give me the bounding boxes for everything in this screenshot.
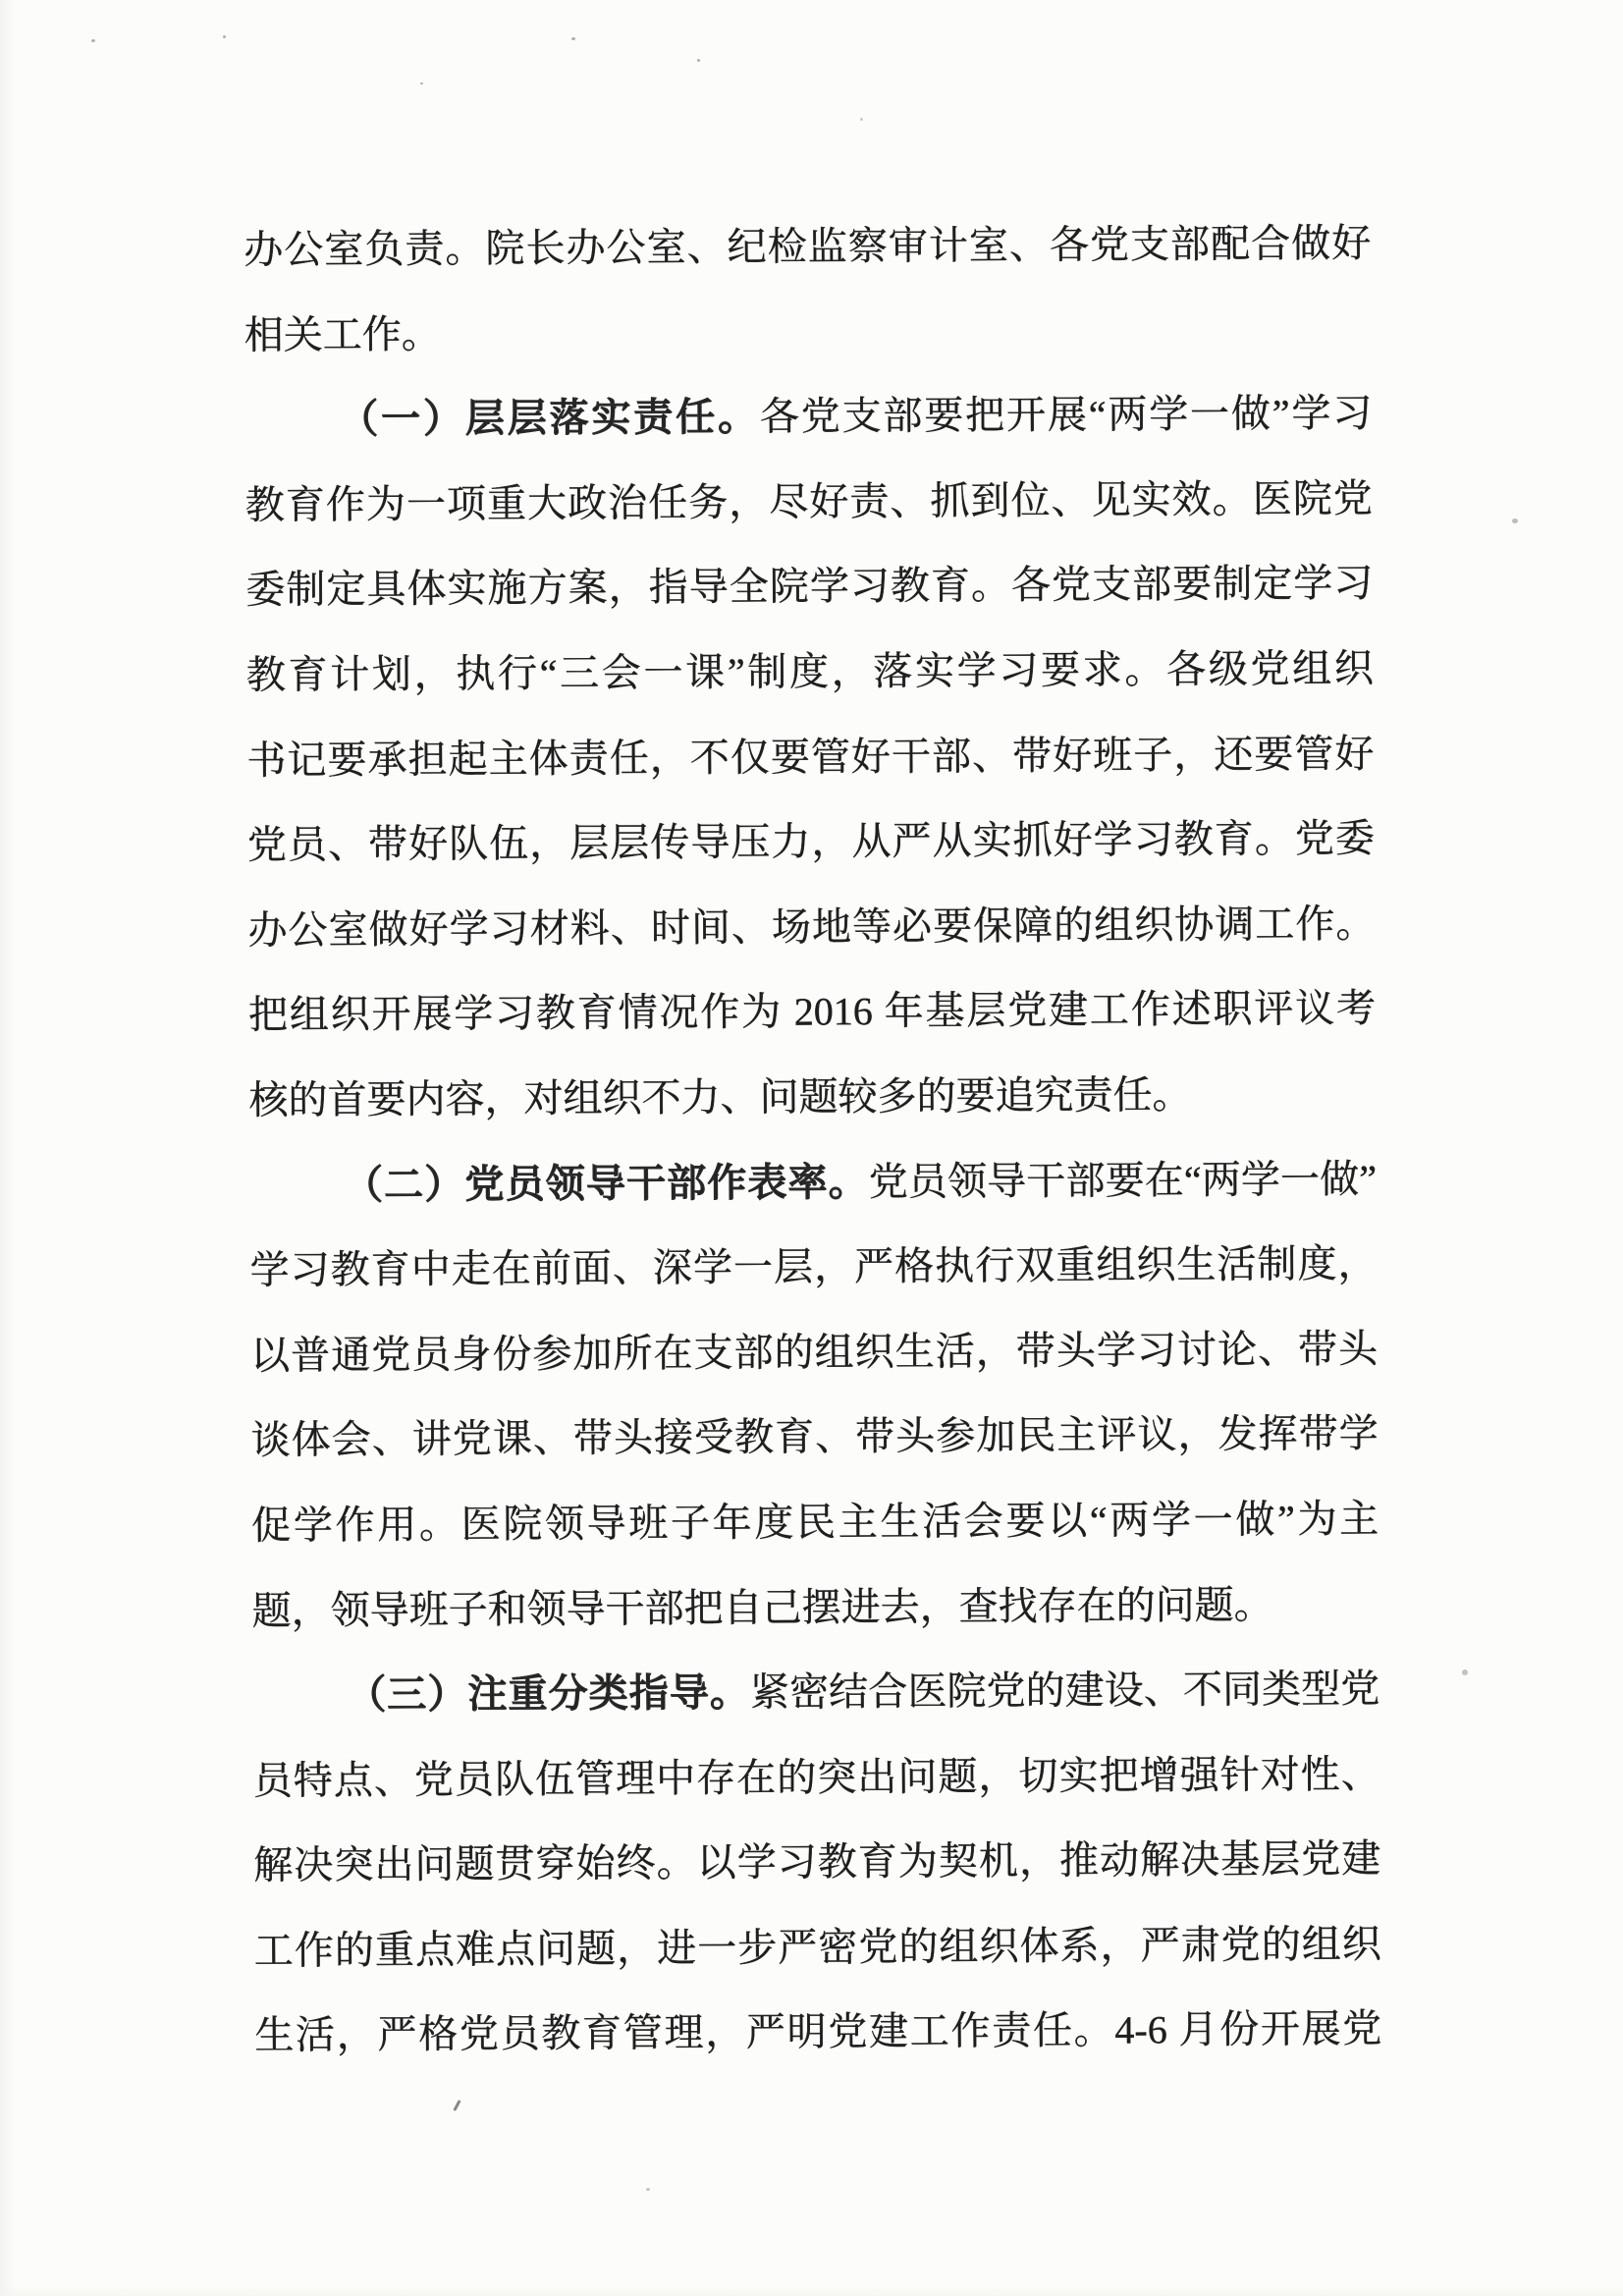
text-line: 以普通党员身份参加所在支部的组织生活，带头学习讨论、带头 <box>250 1307 1379 1399</box>
scan-speck <box>860 118 863 121</box>
text-line: 教育计划，执行“三会一课”制度，落实学习要求。各级党组织 <box>246 627 1375 719</box>
text-line: 相关工作。 <box>244 287 1373 379</box>
scan-speck <box>646 2188 650 2191</box>
text-line: 生活，严格党员教育管理，严明党建工作责任。4-6 月份开展党 <box>254 1987 1382 2079</box>
text-line: 学习教育中走在前面、深学一层，严格执行双重组织生活制度， <box>249 1222 1378 1314</box>
text-line: 把组织开展学习教育情况作为 2016 年基层党建工作述职评议考 <box>248 966 1377 1059</box>
scan-tick-mark <box>453 2100 460 2111</box>
line-text: 核的首要内容，对组织不力、问题较多的要追究责任。 <box>248 1072 1191 1122</box>
line-text: 解决突出问题贯穿始终。以学习教育为契机，推动解决基层党建 <box>253 1836 1380 1887</box>
scan-speck <box>1462 1669 1468 1675</box>
text-line: 核的首要内容，对组织不力、问题较多的要追究责任。 <box>248 1052 1377 1144</box>
line-text: 教育计划，执行“三会一课”制度，落实学习要求。各级党组织 <box>246 646 1374 697</box>
scan-speck <box>1512 519 1518 523</box>
text-line: 谈体会、讲党课、带头接受教育、带头参加民主评议，发挥带学 <box>250 1392 1379 1484</box>
text-line: 党员、带好队伍，层层传导压力，从严从实抓好学习教育。党委 <box>247 796 1376 889</box>
text-line: （一）层层落实责任。各党支部要把开展“两学一做”学习 <box>244 371 1373 464</box>
text-line: 解决突出问题贯穿始终。以学习教育为契机，推动解决基层党建 <box>253 1817 1381 1909</box>
line-text: 书记要承担起主体责任，不仅要管好干部、带好班子，还要管好 <box>246 732 1374 783</box>
line-text: 各党支部要把开展“两学一做”学习 <box>760 391 1373 439</box>
scan-speck <box>1039 1165 1042 1168</box>
line-text: 紧密结合医院党的建设、不同类型党 <box>750 1667 1380 1715</box>
line-text: 题，领导班子和领导干部把自己摆进去，查找存在的问题。 <box>252 1582 1273 1632</box>
text-line: 促学作用。医院领导班子年度民主生活会要以“两学一做”为主 <box>251 1477 1380 1569</box>
scan-speck <box>697 59 700 62</box>
scan-speck <box>91 39 95 42</box>
line-text: 党员、带好队伍，层层传导压力，从严从实抓好学习教育。党委 <box>247 816 1375 867</box>
text-line: 书记要承担起主体责任，不仅要管好干部、带好班子，还要管好 <box>246 712 1375 804</box>
text-line: 办公室负责。院长办公室、纪检监察审计室、各党支部配合做好 <box>243 201 1372 294</box>
line-text: 以普通党员身份参加所在支部的组织生活，带头学习讨论、带头 <box>250 1327 1378 1378</box>
line-bold-heading: （二）党员领导干部作表率。 <box>344 1160 869 1207</box>
line-bold-heading: （三）注重分类指导。 <box>347 1670 750 1718</box>
line-text: 委制定具体实施方案，指导全院学习教育。各党支部要制定学习 <box>245 561 1373 612</box>
line-text: 办公室做好学习材料、时间、场地等必要保障的组织协调工作。 <box>247 902 1375 953</box>
text-line: 教育作为一项重大政治任务，尽好责、抓到位、见实效。医院党 <box>245 457 1374 549</box>
text-line: 办公室做好学习材料、时间、场地等必要保障的组织协调工作。 <box>247 882 1376 974</box>
line-text: 教育作为一项重大政治任务，尽好责、抓到位、见实效。医院党 <box>245 476 1373 527</box>
text-line: 员特点、党员队伍管理中存在的突出问题，切实把增强针对性、 <box>253 1732 1381 1825</box>
text-line: 题，领导班子和领导干部把自己摆进去，查找存在的问题。 <box>251 1561 1380 1654</box>
line-text: 学习教育中走在前面、深学一层，严格执行双重组织生活制度， <box>249 1241 1377 1292</box>
text-line: （二）党员领导干部作表率。党员领导干部要在“两学一做” <box>249 1137 1378 1230</box>
scan-speck <box>223 35 226 38</box>
line-text: 员特点、党员队伍管理中存在的突出问题，切实把增强针对性、 <box>253 1752 1380 1803</box>
line-text: 促学作用。医院领导班子年度民主生活会要以“两学一做”为主 <box>251 1497 1379 1548</box>
line-bold-heading: （一）层层落实责任。 <box>339 395 760 442</box>
line-text: 办公室负责。院长办公室、纪检监察审计室、各党支部配合做好 <box>243 221 1371 272</box>
scanned-page: 办公室负责。院长办公室、纪检监察审计室、各党支部配合做好相关工作。（一）层层落实… <box>0 0 1623 2296</box>
scan-speck <box>420 82 423 84</box>
line-text: 相关工作。 <box>244 311 441 356</box>
text-line: 工作的重点难点问题，进一步严密党的组织体系，严肃党的组织 <box>254 1902 1382 1995</box>
line-text: 党员领导干部要在“两学一做” <box>869 1157 1378 1204</box>
text-line: （三）注重分类指导。紧密结合医院党的建设、不同类型党 <box>252 1647 1380 1739</box>
line-text: 工作的重点难点问题，进一步严密党的组织体系，严肃党的组织 <box>254 1922 1381 1973</box>
line-text: 生活，严格党员教育管理，严明党建工作责任。4-6 月份开展党 <box>254 2006 1381 2057</box>
line-text: 谈体会、讲党课、带头接受教育、带头参加民主评议，发挥带学 <box>251 1411 1379 1462</box>
scan-speck <box>571 37 575 40</box>
text-line: 委制定具体实施方案，指导全院学习教育。各党支部要制定学习 <box>245 541 1374 633</box>
text-block: 办公室负责。院长办公室、纪检监察审计室、各党支部配合做好相关工作。（一）层层落实… <box>243 201 1382 2079</box>
line-text: 把组织开展学习教育情况作为 2016 年基层党建工作述职评议考 <box>248 986 1376 1037</box>
